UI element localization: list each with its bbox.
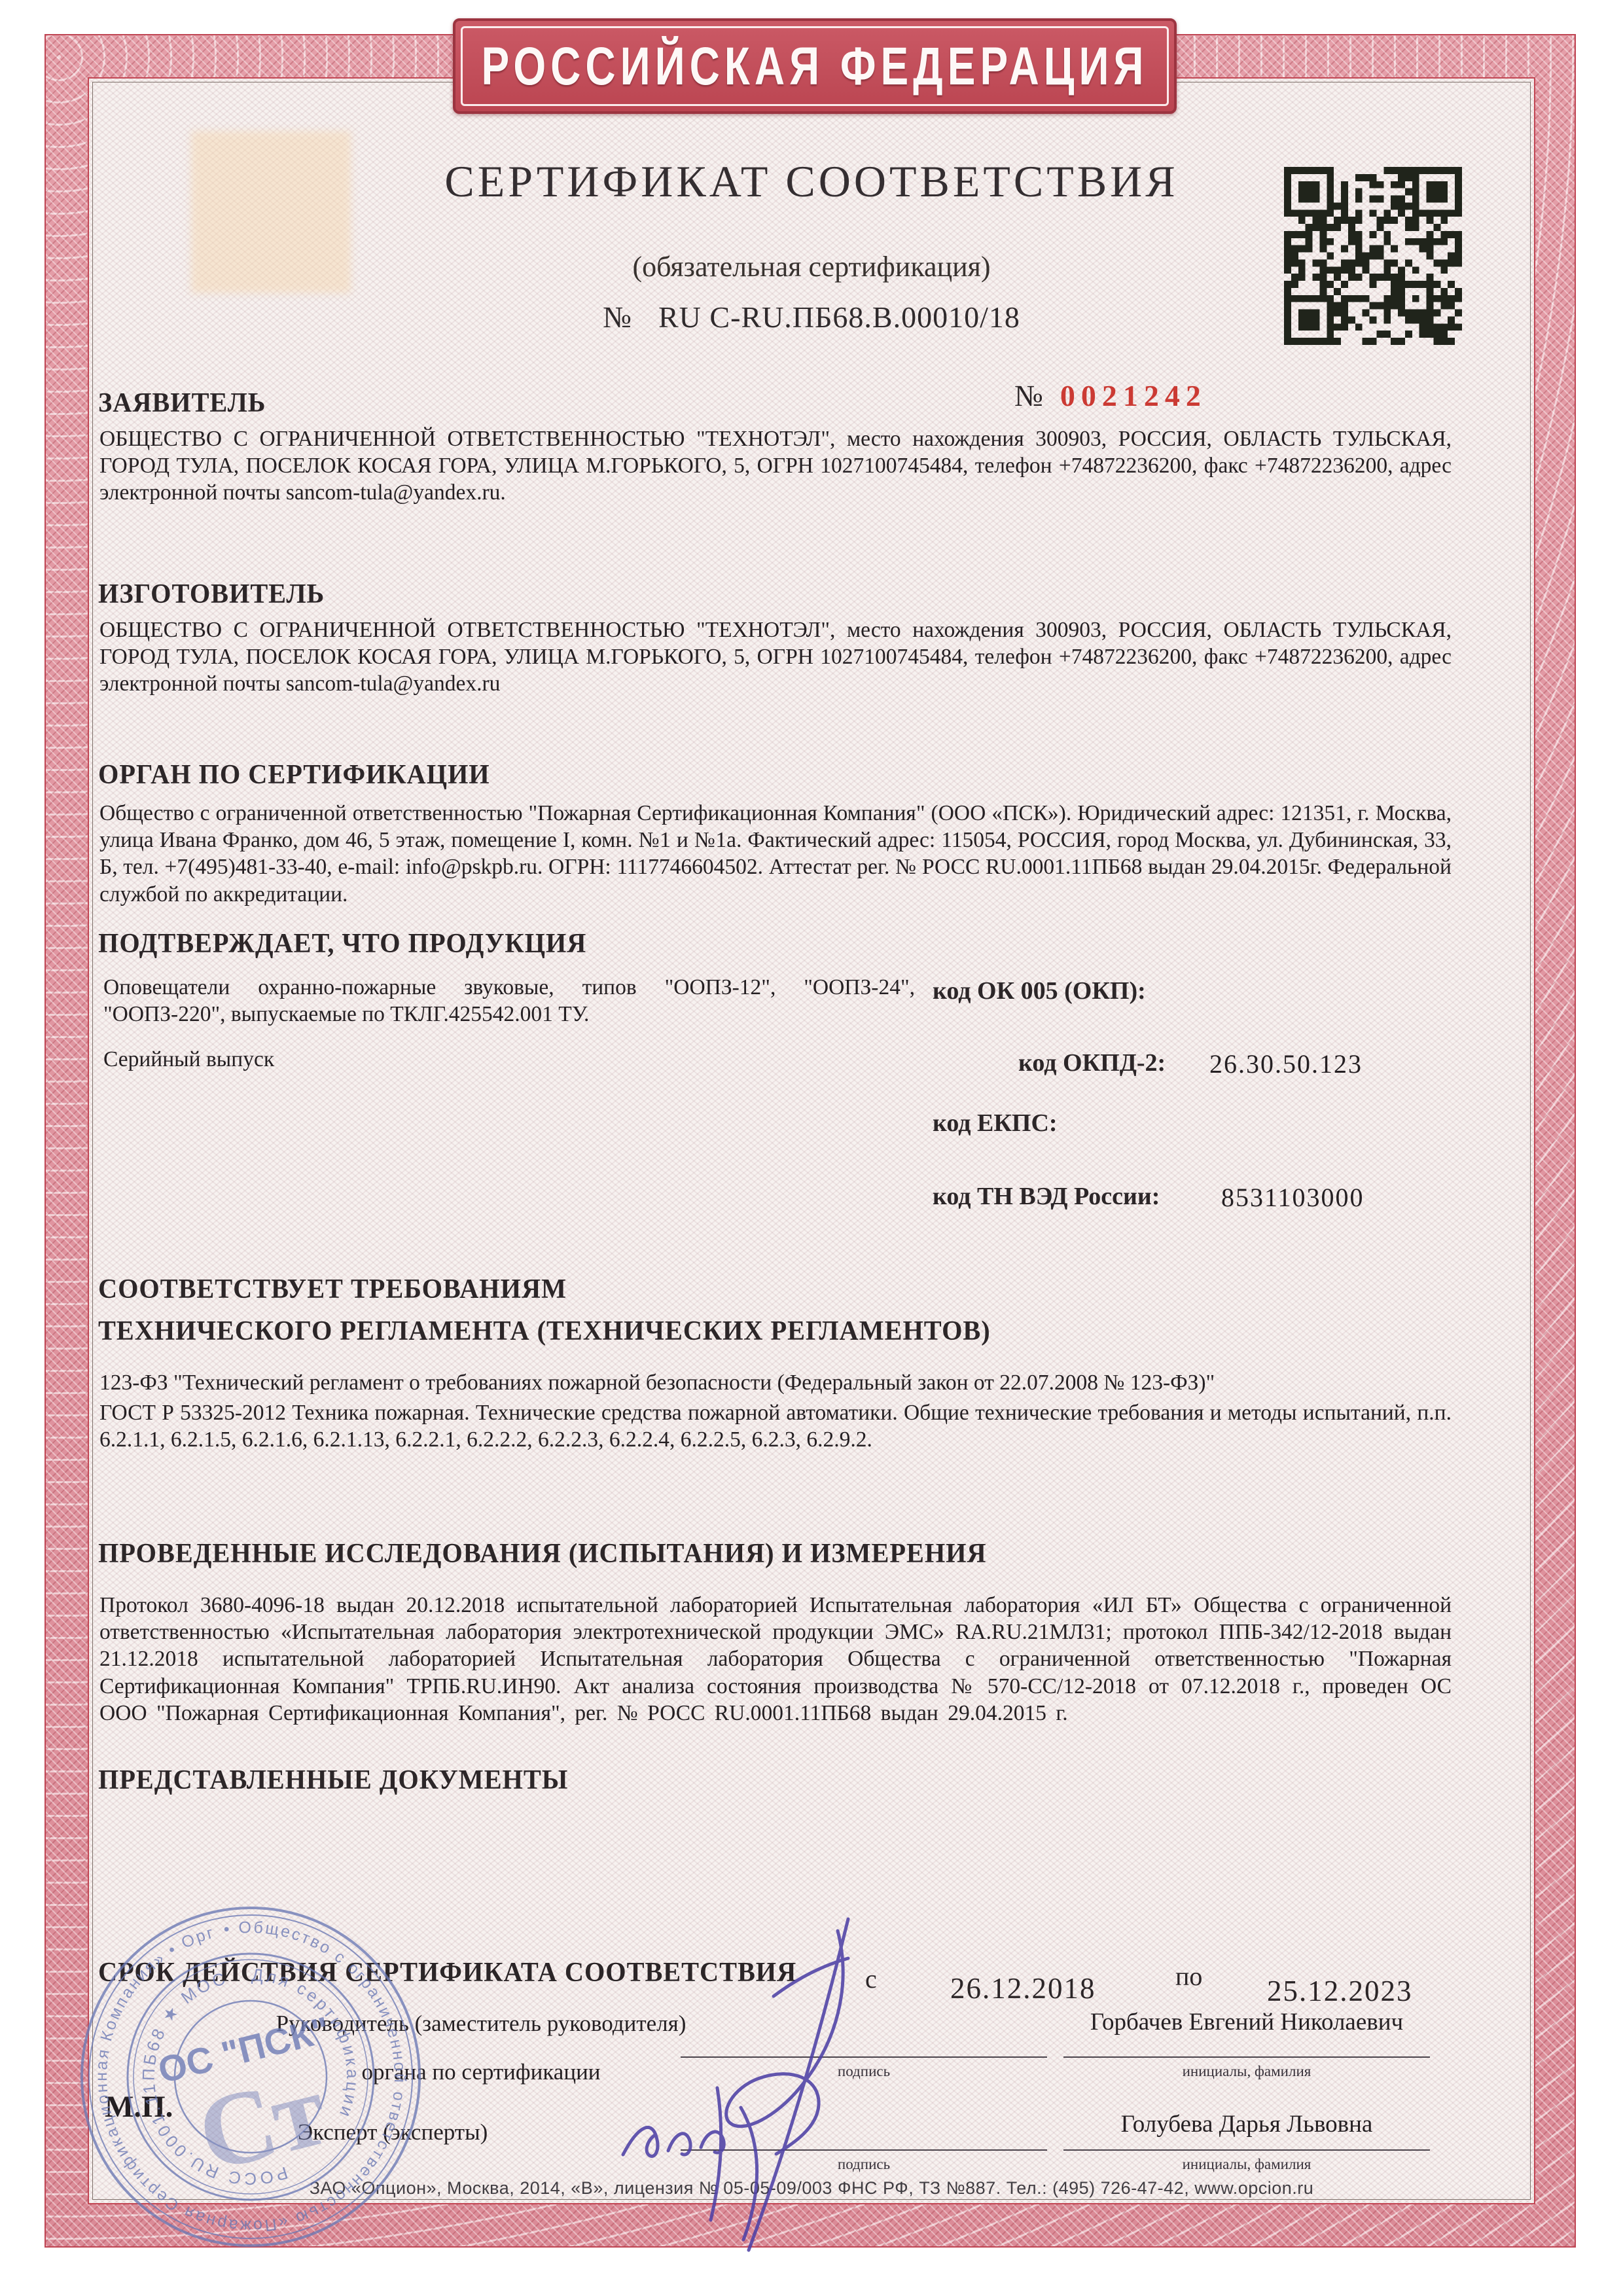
compliance-gost-text: ГОСТ Р 53325-2012 Техника пожарная. Техн… xyxy=(99,1399,1452,1453)
certificate-page: РОССИЙСКАЯ ФЕДЕРАЦИЯ СЕРТИФИКАТ СООТВЕТС… xyxy=(0,0,1623,2296)
code-tnved-label: код ТН ВЭД России: xyxy=(933,1182,1160,1211)
tests-text: Протокол 3680-4096-18 выдан 20.12.2018 и… xyxy=(99,1592,1452,1727)
applicant-heading: ЗАЯВИТЕЛЬ xyxy=(98,387,266,419)
documents-heading: ПРЕДСТАВЛЕННЫЕ ДОКУМЕНТЫ xyxy=(98,1765,568,1796)
applicant-text: ОБЩЕСТВО С ОГРАНИЧЕННОЙ ОТВЕТСТВЕННОСТЬЮ… xyxy=(99,425,1452,507)
validity-to-label: по xyxy=(1175,1961,1202,1992)
handwritten-signatures xyxy=(576,1892,1126,2271)
code-okpd2-label: код ОКПД-2: xyxy=(1018,1049,1166,1077)
certificate-number-value: RU C-RU.ПБ68.В.00010/18 xyxy=(658,300,1020,334)
product-heading: ПОДТВЕРЖДАЕТ, ЧТО ПРОДУКЦИЯ xyxy=(98,928,586,960)
serial-number-label: № xyxy=(1014,379,1043,412)
compliance-heading-line1: СООТВЕТСТВУЕТ ТРЕБОВАНИЯМ xyxy=(98,1274,567,1305)
code-tnved-value: 8531103000 xyxy=(1221,1182,1364,1213)
federation-banner: РОССИЙСКАЯ ФЕДЕРАЦИЯ xyxy=(453,18,1177,114)
tests-heading: ПРОВЕДЕННЫЕ ИССЛЕДОВАНИЯ (ИСПЫТАНИЯ) И И… xyxy=(98,1538,987,1570)
manufacturer-text: ОБЩЕСТВО С ОГРАНИЧЕННОЙ ОТВЕТСТВЕННОСТЬЮ… xyxy=(99,617,1452,698)
code-okpd2-value: 26.30.50.123 xyxy=(1209,1049,1363,1079)
compliance-regulation-text: 123-ФЗ "Технический регламент о требован… xyxy=(99,1369,1452,1396)
certification-body-text: Общество с ограниченной ответственностью… xyxy=(99,800,1452,908)
product-description: Оповещатели охранно-пожарные звуковые, т… xyxy=(103,974,915,1028)
qr-code-icon xyxy=(1284,167,1462,345)
product-serial-note: Серийный выпуск xyxy=(103,1046,692,1073)
code-okp-label: код ОК 005 (ОКП): xyxy=(933,977,1146,1005)
blank-serial-number: №0021242 xyxy=(1014,378,1207,413)
compliance-heading-line2: ТЕХНИЧЕСКОГО РЕГЛАМЕНТА (ТЕХНИЧЕСКИХ РЕГ… xyxy=(98,1316,991,1347)
validity-to-date: 25.12.2023 xyxy=(1267,1974,1413,2008)
code-ekps-label: код ЕКПС: xyxy=(933,1109,1058,1138)
manufacturer-heading: ИЗГОТОВИТЕЛЬ xyxy=(98,579,325,610)
certification-body-heading: ОРГАН ПО СЕРТИФИКАЦИИ xyxy=(98,759,490,791)
serial-number-digits: 0021242 xyxy=(1060,379,1207,412)
federation-banner-text: РОССИЙСКАЯ ФЕДЕРАЦИЯ xyxy=(482,35,1149,98)
certificate-number-label: № xyxy=(603,300,632,334)
